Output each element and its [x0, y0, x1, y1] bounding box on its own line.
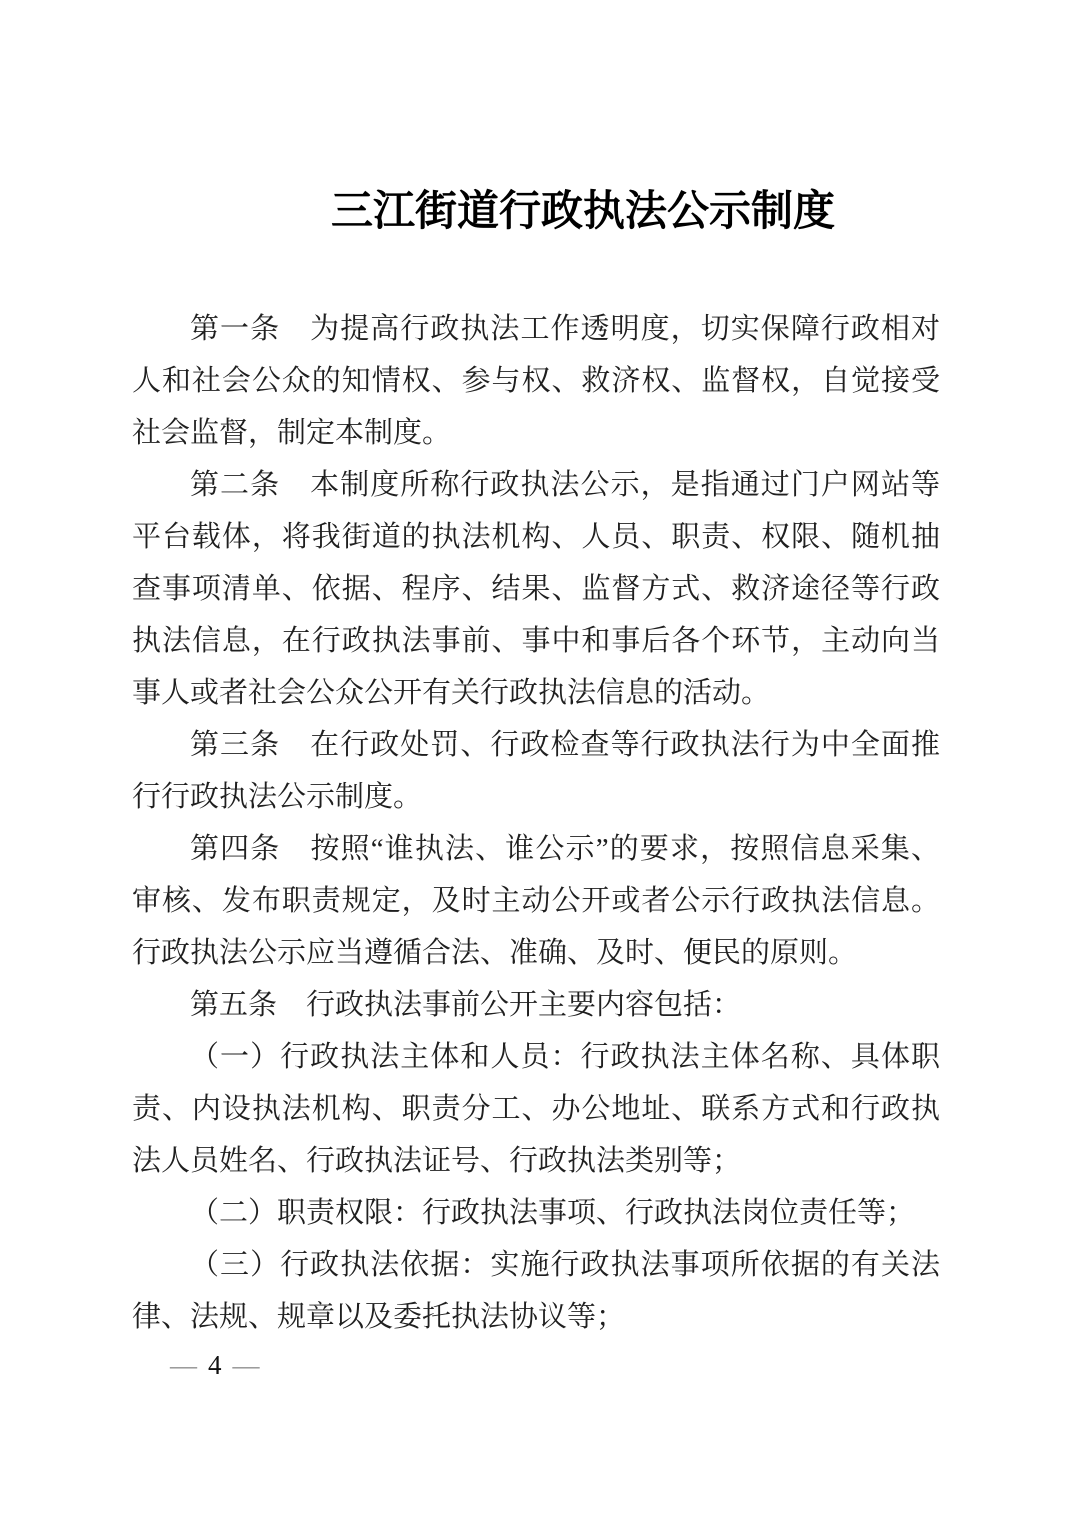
- page-footer: —4—: [170, 1350, 261, 1381]
- paragraph-article-4: 第四条 按照“谁执法、谁公示”的要求，按照信息采集、审核、发布职责规定，及时主动…: [132, 823, 940, 979]
- paragraph-item-1: （一）行政执法主体和人员：行政执法主体名称、具体职责、内设执法机构、职责分工、办…: [132, 1031, 940, 1187]
- paragraph-article-1: 第一条 为提高行政执法工作透明度，切实保障行政相对人和社会公众的知情权、参与权、…: [132, 303, 940, 459]
- footer-page-number: 4: [208, 1350, 223, 1380]
- paragraph-article-2: 第二条 本制度所称行政执法公示，是指通过门户网站等平台载体，将我街道的执法机构、…: [132, 459, 940, 719]
- paragraph-article-5: 第五条 行政执法事前公开主要内容包括：: [132, 979, 940, 1031]
- footer-dash-left: —: [170, 1350, 198, 1380]
- paragraph-item-2: （二）职责权限：行政执法事项、行政执法岗位责任等；: [132, 1187, 940, 1239]
- paragraph-article-3: 第三条 在行政处罚、行政检查等行政执法行为中全面推行行政执法公示制度。: [132, 719, 940, 823]
- page-title: 三江街道行政执法公示制度: [46, 188, 1074, 236]
- document-page: 三江街道行政执法公示制度 第一条 为提高行政执法工作透明度，切实保障行政相对人和…: [0, 0, 1074, 1520]
- paragraph-item-3: （三）行政执法依据：实施行政执法事项所依据的有关法律、法规、规章以及委托执法协议…: [132, 1239, 940, 1343]
- document-body: 第一条 为提高行政执法工作透明度，切实保障行政相对人和社会公众的知情权、参与权、…: [132, 303, 940, 1343]
- footer-dash-right: —: [233, 1350, 261, 1380]
